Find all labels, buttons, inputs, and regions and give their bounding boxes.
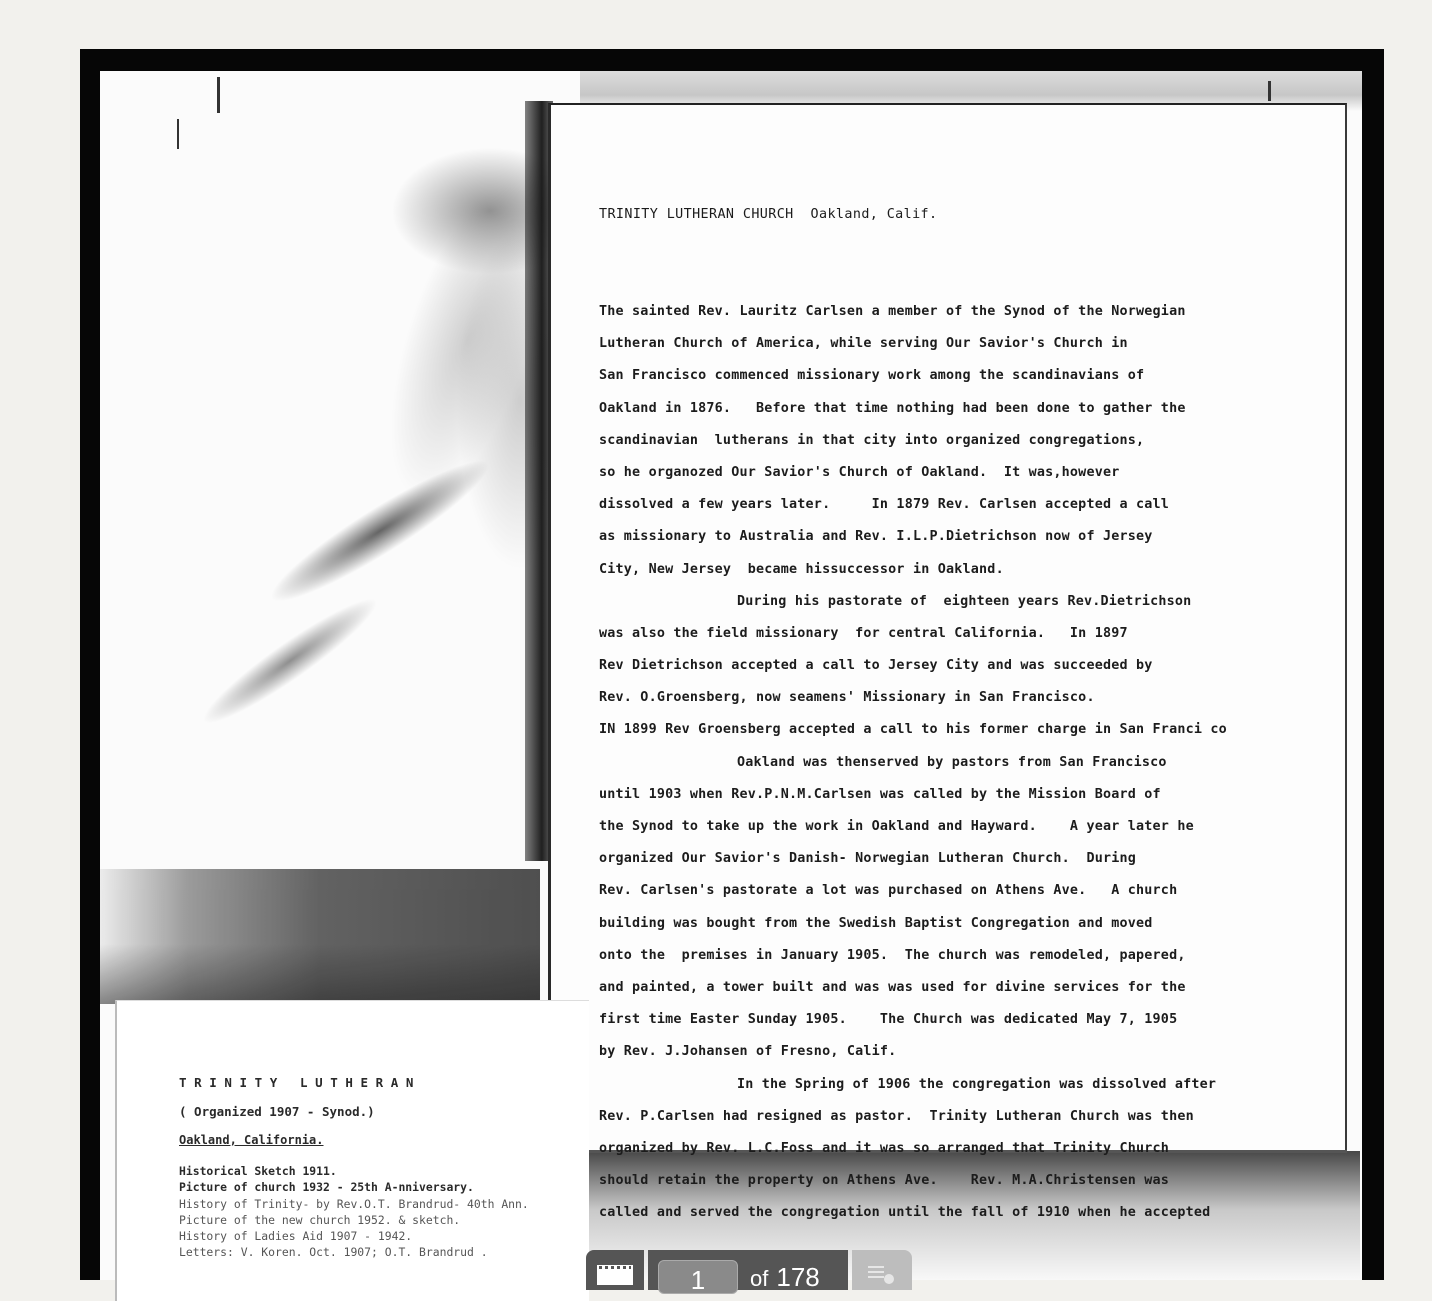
text-line: organized by Rev. L.C.Foss and it was so… <box>599 1133 1335 1165</box>
info-button[interactable] <box>852 1250 912 1280</box>
film-mark <box>177 119 179 149</box>
text-line: and painted, a tower built and was was u… <box>599 972 1335 1004</box>
text-line: The sainted Rev. Lauritz Carlsen a membe… <box>599 296 1335 328</box>
text-line: IN 1899 Rev Groensberg accepted a call t… <box>599 714 1335 746</box>
card-item-list: Historical Sketch 1911.Picture of church… <box>179 1163 529 1261</box>
text-line: organized Our Savior's Danish- Norwegian… <box>599 843 1335 875</box>
text-line: Rev. P.Carlsen had resigned as pastor. T… <box>599 1101 1335 1133</box>
of-label: of <box>750 1266 768 1280</box>
text-line: Lutheran Church of America, while servin… <box>599 328 1335 360</box>
text-line: dissolved a few years later. In 1879 Rev… <box>599 489 1335 521</box>
text-line: by Rev. J.Johansen of Fresno, Calif. <box>599 1036 1335 1068</box>
card-item: Picture of church 1932 - 25th A-nniversa… <box>179 1179 529 1195</box>
card-title: TRINITY LUTHERAN <box>179 1075 529 1090</box>
card-item: Picture of the new church 1952. & sketch… <box>179 1212 529 1228</box>
text-line: City, New Jersey became hissuccessor in … <box>599 554 1335 586</box>
typed-page: TRINITY LUTHERAN CHURCH Oakland, Calif. … <box>548 103 1347 1150</box>
page-number-input[interactable]: 1 <box>658 1260 738 1280</box>
card-item: History of Trinity- by Rev.O.T. Brandrud… <box>179 1196 529 1212</box>
text-line: the Synod to take up the work in Oakland… <box>599 811 1335 843</box>
page-heading: TRINITY LUTHERAN CHURCH Oakland, Calif. <box>599 199 1335 231</box>
text-line: should retain the property on Athens Ave… <box>599 1165 1335 1197</box>
total-pages: 178 <box>776 1262 819 1280</box>
card-item: Letters: V. Koren. Oct. 1907; O.T. Brand… <box>179 1244 529 1260</box>
filmstrip-button[interactable] <box>586 1250 644 1280</box>
filmstrip-icon <box>597 1265 633 1280</box>
page-toolbar: 1 of 178 <box>586 1250 912 1280</box>
card-subtitle: ( Organized 1907 - Synod.) <box>179 1104 529 1119</box>
text-line: onto the premises in January 1905. The c… <box>599 940 1335 972</box>
scan-dark-band <box>100 869 540 1004</box>
typed-text: TRINITY LUTHERAN CHURCH Oakland, Calif. … <box>599 135 1335 1229</box>
info-icon <box>866 1262 898 1280</box>
card-item: History of Ladies Aid 1907 - 1942. <box>179 1228 529 1244</box>
text-line: During his pastorate of eighteen years R… <box>599 586 1335 618</box>
film-mark <box>1268 81 1271 101</box>
text-line: building was bought from the Swedish Bap… <box>599 908 1335 940</box>
microfilm-viewer: TRINITY LUTHERAN CHURCH Oakland, Calif. … <box>0 0 1432 1280</box>
page-navigator: 1 of 178 <box>648 1250 848 1280</box>
text-line: Oakland in 1876. Before that time nothin… <box>599 393 1335 425</box>
text-line: In the Spring of 1906 the congregation w… <box>599 1069 1335 1101</box>
text-line: Rev Dietrichson accepted a call to Jerse… <box>599 650 1335 682</box>
text-line: Rev. O.Groensberg, now seamens' Missiona… <box>599 682 1335 714</box>
text-line: scandinavian lutherans in that city into… <box>599 425 1335 457</box>
text-line: Oakland was thenserved by pastors from S… <box>599 747 1335 779</box>
text-line: as missionary to Australia and Rev. I.L.… <box>599 521 1335 553</box>
text-line: Rev. Carlsen's pastorate a lot was purch… <box>599 875 1335 907</box>
film-mark <box>217 77 220 113</box>
text-line: called and served the congregation until… <box>599 1197 1335 1229</box>
text-line: San Francisco commenced missionary work … <box>599 360 1335 392</box>
text-line: was also the field missionary for centra… <box>599 618 1335 650</box>
text-line: until 1903 when Rev.P.N.M.Carlsen was ca… <box>599 779 1335 811</box>
card-item: Historical Sketch 1911. <box>179 1163 529 1179</box>
page-total: of 178 <box>750 1262 820 1280</box>
card-place: Oakland, California. <box>179 1133 529 1147</box>
text-line: so he organozed Our Savior's Church of O… <box>599 457 1335 489</box>
text-line: first time Easter Sunday 1905. The Churc… <box>599 1004 1335 1036</box>
index-card: TRINITY LUTHERAN ( Organized 1907 - Syno… <box>115 1000 589 1280</box>
